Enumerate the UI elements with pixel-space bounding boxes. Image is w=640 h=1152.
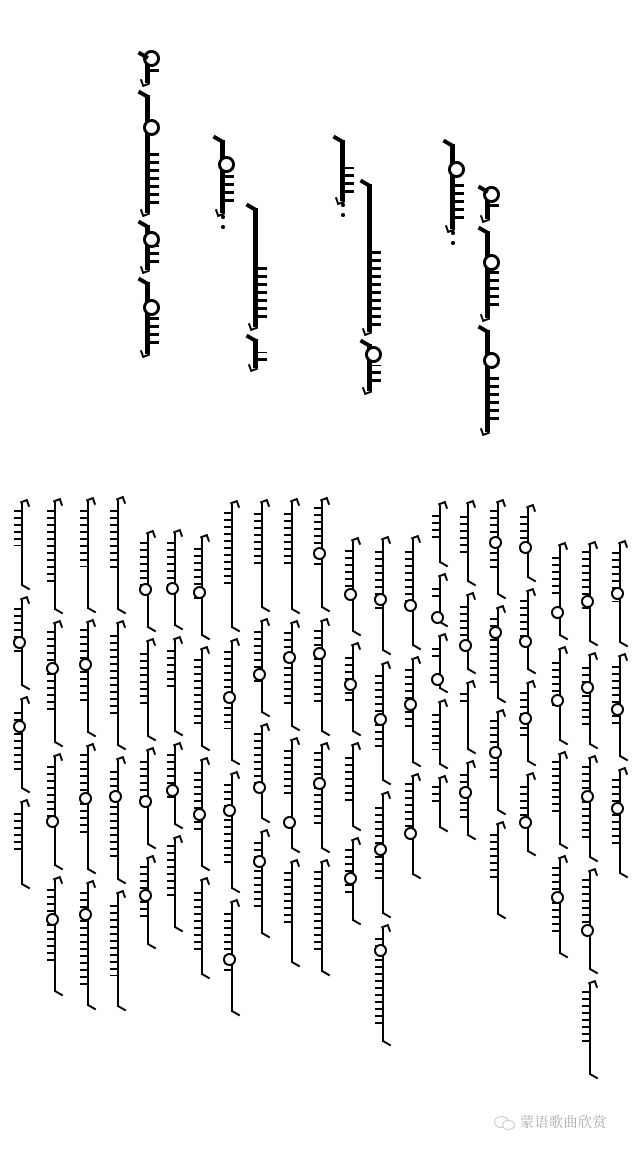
lyric-line-column: ᠳᠤᠤᠯᠠᠬᠤᠬᠡᠯᠡᠮᠢᠨᠢᠡᠬᠡ [311, 501, 333, 986]
mongolian-word: ᠬᠦᠶᠢᠳᠡᠨ [609, 544, 631, 643]
mongolian-word: ᠬᠡᠯᠡ [311, 622, 333, 732]
mongolian-word: ᠣᠷᠣᠭᠰᠠᠨ [164, 640, 186, 732]
mongolian-word: ᠮᠢᠨᠢ [221, 775, 243, 889]
mongolian-word: ᠳᠤ [457, 764, 479, 836]
mongolian-word: ᠰᠠᠨᠠᠭ᠎ᠠ [281, 863, 303, 963]
word-text: ᠤᠨ [487, 609, 509, 699]
word-text: ᠬᠠᠢᠷᠠ [517, 592, 539, 670]
word-text: ᠡᠭᠦᠯᠡ [402, 660, 424, 763]
mongolian-word: ᠬᠤᠪᠢᠰᠬᠠᠯ [457, 684, 479, 750]
title-column: ᠪᠢᠬᠠᠶᠢᠷᠯᠠᠨᠠ [358, 172, 382, 391]
word-text: ᠳᠤᠤᠯᠠᠬᠤ [221, 504, 243, 628]
word-text: ᠨᠢᠭᠡ [342, 746, 364, 827]
word-text: ᠠᠷᠠᠳ [517, 508, 539, 578]
title-column: ᠠᠷᠠᠳᠤᠨᠳᠠᠭᠤᠴᠢᠨᠤ [136, 44, 160, 354]
mongolian-word: ᠳᠤᠤᠯᠠᠬᠤ [311, 501, 333, 608]
mongolian-word: ᠡᠬᠡ [311, 863, 333, 972]
word-text: ᠤᠯᠠᠭᠠᠨ [137, 751, 159, 845]
mongolian-word: ᠬᠠᠶᠢᠷᠯᠠᠨᠠ [358, 184, 382, 332]
lyric-line-column: ᠬᠦᠶᠢᠳᠡᠨᠰᠣᠨᠢᠨᠰᠡᠭᠦᠯᠪᠣᠯ [549, 546, 571, 968]
mongolian-word: ᠬᠦᠶᠢᠳᠡᠨ [77, 501, 99, 609]
word-text: ᠰᠡᠳᠬᠢᠯ [372, 665, 394, 781]
word-text: ᠮᠣᠷᠢᠳᠠ [44, 757, 66, 866]
mongolian-word: ᠮᠢᠨᠢ [517, 776, 539, 852]
word-text: ᠪᠤᠯᠠᠭ [429, 637, 451, 689]
word-text: ᠬᠡᠯᠡᠨ [487, 713, 509, 811]
word-text: ᠬᠦᠶᠢᠳᠡᠨ [402, 539, 424, 646]
word-text: ᠮᠡᠳᠡᠬᠦ [372, 540, 394, 651]
mongolian-word: ᠬᠠᠢᠷᠠ [609, 657, 631, 757]
word-text: ᠪᠣᠯᠤᠭᠰᠠᠨ [402, 777, 424, 875]
mongolian-word: ᠳᠣᠷᠣᠭᠰᠢ [137, 534, 159, 628]
word-text: ᠦᠨ [429, 703, 451, 765]
mongolian-word: ᠬᠦᠶᠢᠳᠡᠨ [11, 503, 33, 586]
mongolian-word: ᠬᠦᠶᠢᠳᠡᠨ [402, 539, 424, 646]
mongolian-word: ᠪᠢ [358, 344, 382, 391]
lyric-line-column: ᠬᠣᠭᠤᠬᠣᠭᠤᠪᠤᠯᠠᠭᠦᠨᠤᠰᠤ [429, 505, 451, 842]
lyric-line-column: ᠬᠦᠶᠢᠳᠡᠨᠡᠭᠦᠯᠡᠪᠣᠯᠤᠭᠰᠠᠨ [402, 539, 424, 889]
mongolian-word: ᠮᠣᠩᠭᠣᠯ [251, 727, 273, 819]
mongolian-word: ᠬᠠᠢᠷ᠎ᠠ [191, 538, 213, 636]
mongolian-word: ᠦᠭᠡ [251, 833, 273, 934]
word-text: ᠤᠨ [11, 700, 33, 789]
mongolian-word: ᠮᠣᠷᠢᠳᠠ [44, 757, 66, 866]
mongolian-word: ᠳᠠᠭᠤᠤ [251, 622, 273, 713]
mongolian-word: ᠰᠣᠨᠢᠨ [11, 803, 33, 885]
word-text: ᠮᠢᠨᠢ [221, 775, 243, 889]
mongolian-word: ᠪᠠᠢᠭ᠎ᠠ [487, 825, 509, 915]
mongolian-word: ᠮᠡᠳᠡᠬᠦ [342, 541, 364, 632]
mongolian-word: ᠳᠠᠭᠤᠴᠢᠨ [136, 95, 160, 213]
word-text: ᠠᠶᠠᠯᠭᠤ [579, 872, 601, 970]
mongolian-word: ᠦᠨ [429, 703, 451, 765]
word-text: ᠪᠢ [281, 624, 303, 727]
watermark: 蒙语歌曲欣赏 [494, 1112, 607, 1132]
mongolian-word: ᠬᠠᠷᠠ [44, 880, 66, 992]
lyric-line-column: ᠬᠦᠶᠢᠳᠡᠨᠰᠠᠷ᠎ᠠᠤᠨᠰᠣᠨᠢᠨ [11, 503, 33, 899]
word-text: ᠰᠠᠷ᠎ᠠ [11, 600, 33, 686]
mongolian-word: ᠤᠨ [11, 700, 33, 789]
mongolian-word: ᠮᠢᠨᠦ [164, 746, 186, 825]
mongolian-word: ᠮᠢᠨᠢ [311, 746, 333, 849]
lyric-line-column: ᠮᠡᠳᠡᠬᠦᠵᠦᠷᠬᠡᠨᠢᠭᠡᠨᠠᠰᠤ [342, 541, 364, 935]
word-text: ᠪᠣᠯᠤᠨ᠎ᠠ [221, 903, 243, 1012]
mongolian-word: ᠪᠠᠢ [331, 140, 355, 201]
mongolian-word: ᠡᠭᠦᠯᠡ [402, 660, 424, 763]
word-text: ᠨᠠᠰᠤ [342, 841, 364, 921]
word-text: ᠤᠷᠤᠭ [609, 771, 631, 874]
mongolian-word: ᠠᠷᠠᠳ [136, 282, 160, 354]
word-text: ᠤᠰᠤ [107, 760, 129, 880]
mongolian-word: ᠠᠷᠠᠳ [487, 503, 509, 595]
mongolian-word: ᠪᠢ [281, 624, 303, 727]
word-text: ᠳᠤᠤᠯᠠᠬᠤ [251, 503, 273, 608]
word-text: ᠬᠠᠢᠷ᠎ᠠ [191, 538, 213, 636]
mongolian-word: ᠬᠠᠶᠢᠷᠯᠠᠨ᠎ᠠ [281, 741, 303, 849]
word-text: ᠬᠠᠶᠢᠷᠯᠠᠨᠠ [360, 184, 382, 332]
word-text: ᠳᠠᠭᠤᠤ [443, 144, 465, 229]
word-text: ᠬᠣᠭᠤ [213, 140, 235, 213]
mongolian-word: ᠬᠣᠭᠤ [429, 577, 451, 623]
title-column: ᠣᠬᠣᠯᠪᠣᠭᠠ [244, 196, 268, 368]
word-text: ᠬᠠᠶᠢᠷᠯᠠᠨ᠎ᠠ [281, 741, 303, 849]
mongolian-word: ᠬᠣᠭᠤ [429, 505, 451, 563]
mongolian-word: ᠬᠡᠯᠡᠨ [487, 713, 509, 811]
word-text: ᠳᠤᠤ [579, 656, 601, 745]
mongolian-word: ᠤ [136, 56, 160, 83]
mongolian-word: ᠬᠣᠭᠤ [211, 140, 235, 213]
mongolian-word: ᠳᠤᠤᠯᠠᠬᠤ [251, 503, 273, 608]
word-text: ᠬᠦᠶᠢᠳᠡᠨ [549, 546, 571, 636]
word-text: ᠪᠣᠯ [549, 859, 571, 954]
word-text: ᠦᠭᠡ [251, 833, 273, 934]
mongolian-word: ᠬᠣᠪᠢ [457, 504, 479, 582]
word-text: ᠰᠠᠷᠠᠯ [107, 624, 129, 746]
mongolian-word: ᠰᠠᠷᠠᠯ [107, 624, 129, 746]
word-text: ᠬᠦᠶᠢᠳᠡᠨ [11, 503, 33, 586]
mongolian-word: ᠳᠤᠤ [579, 656, 601, 745]
mongolian-word: ᠮᠡᠳᠡᠬᠦ [372, 540, 394, 651]
mongolian-word: ᠤᠨ [136, 225, 160, 270]
word-text: ᠡᠨᠡ [191, 881, 213, 975]
word-text: ᠮᠣᠩᠭᠣᠯ [251, 727, 273, 819]
word-text: ᠳᠠᠭᠤᠤ [251, 622, 273, 713]
word-text: ᠳᠤᠤᠯᠠᠬᠤ [311, 501, 333, 608]
mongolian-word: ᠨᠠᠭᠤᠷ [107, 894, 129, 1007]
mongolian-word: ᠤᠰᠤ [107, 760, 129, 880]
watermark-text: 蒙语歌曲欣赏 [520, 1112, 607, 1132]
word-text: ᠳᠤ [457, 764, 479, 836]
mongolian-word: ᠰᠡᠳᠬᠢᠯ [372, 665, 394, 781]
mongolian-word: ᠰᠣᠨᠢᠨ [549, 650, 571, 741]
colon-punctuation [341, 203, 345, 217]
word-text: ᠶᠢᠨ [579, 759, 601, 858]
lyric-line-column: ᠬᠠᠢᠷ᠎ᠠᠶᠢᠨᠰᠡᠳᠬᠢᠯᠡᠨᠡ [191, 538, 213, 989]
word-text: ᠣ [246, 339, 268, 368]
mongolian-word: ᠪᠤᠯᠠᠭ [429, 637, 451, 689]
word-text: ᠤᠨ [138, 225, 160, 270]
lyric-line-column: ᠳᠣᠷᠣᠭᠰᠢᠣᠷᠣᠭᠰᠠᠨᠮᠢᠨᠦᠪᠣᠳᠤᠯ [164, 533, 186, 942]
word-text: ᠪᠠᠢᠭ᠎ᠠ [487, 825, 509, 915]
mongolian-word: ᠪᠢ [77, 884, 99, 1006]
word-text: ᠬᠦᠶᠢᠳᠡᠨ [609, 544, 631, 643]
lyric-line-column: ᠮᠡᠳᠡᠬᠦᠰᠡᠳᠬᠢᠯᠬᠦᠰᠡᠯᠳᠤ [372, 540, 394, 1056]
word-text: ᠬᠦᠶᠢᠳᠡᠨ [77, 501, 99, 609]
word-text: ᠠᠷᠠᠳ [138, 282, 160, 354]
mongolian-word: ᠰᠡᠳᠬᠢᠯ [191, 761, 213, 867]
mongolian-word: ᠰᠠᠷ᠎ᠠ [11, 600, 33, 686]
word-text: ᠮᠢᠨᠢ [517, 776, 539, 852]
word-text: ᠲᠠᠢ [517, 684, 539, 762]
mongolian-word: ᠤᠰᠤ [429, 779, 451, 828]
mongolian-word: ᠪᠣᠯᠤᠭᠰᠠᠨ [402, 777, 424, 875]
mongolian-word: ᠠᠶᠠᠯᠭᠤ [579, 872, 601, 970]
word-text: ᠬᠦᠶᠢᠳᠡᠨ [107, 500, 129, 610]
title-column: ᠪᠠᠢ [331, 128, 355, 201]
mongolian-word: ᠰᠠᠶᠢᠨ [579, 984, 601, 1075]
word-text: ᠳᠤᠤᠯᠠᠬᠤ [281, 502, 303, 610]
document-page: ᠮᠣᠩᠭᠣᠯᠬᠡᠯᠡᠨᠦᠳᠠᠭᠤᠤᠪᠢᠬᠠᠶᠢᠷᠯᠠᠨᠠᠪᠠᠢᠣᠬᠣᠯᠪᠣᠭᠠᠬ… [0, 0, 640, 1152]
mongolian-word: ᠪᠣᠯᠤᠨ᠎ᠠ [221, 903, 243, 1012]
word-text: ᠬᠣᠭᠤ [429, 577, 451, 623]
mongolian-word: ᠪᠣᠯᠤᠨ [137, 642, 159, 737]
word-text: ᠰᠠᠶᠢᠨ [579, 984, 601, 1075]
word-text: ᠪᠤᠯᠤᠭ [77, 623, 99, 733]
word-text: ᠣᠷᠣᠭᠰᠠᠨ [164, 640, 186, 732]
word-text: ᠪᠢ [77, 884, 99, 1006]
mongolian-word: ᠶᠢᠨ [191, 650, 213, 747]
word-text: ᠳᠣᠭᠤᠯ [579, 545, 601, 642]
word-text: ᠤᠰᠤ [429, 779, 451, 828]
word-text: ᠪᠣᠳᠤᠯ [164, 839, 186, 928]
mongolian-word: ᠭᠠᠯ [137, 859, 159, 945]
word-text: ᠦ [478, 190, 500, 219]
word-text: ᠮᠢᠨᠦ [164, 746, 186, 825]
word-text: ᠬᠠᠷᠠ [44, 880, 66, 992]
mongolian-word: ᠳᠤᠤᠯᠠᠬᠤ [221, 504, 243, 628]
colon-punctuation [221, 215, 225, 229]
word-text: ᠰᠠᠷᠠᠯ [457, 596, 479, 670]
word-text: ᠪᠢ [360, 344, 382, 391]
word-text: ᠰᠣᠨᠢᠨ [549, 650, 571, 741]
mongolian-word: ᠠᠷᠠᠳ [517, 508, 539, 578]
colon-punctuation [451, 231, 455, 245]
mongolian-word: ᠬᠦᠶᠢᠳᠡᠨ [549, 546, 571, 636]
mongolian-word: ᠦᠳᠡᠰ [44, 502, 66, 610]
word-text: ᠲᠠᠯ᠎ᠠ [77, 747, 99, 870]
mongolian-word: ᠨᠢᠭᠡ [342, 746, 364, 827]
mongolian-word: ᠪᠣᠳᠤᠯ [164, 839, 186, 928]
word-text: ᠭᠠᠯ [137, 859, 159, 945]
lyric-line-column: ᠠᠷᠠᠳᠤᠨᠬᠡᠯᠡᠨᠪᠠᠢᠭ᠎ᠠ [487, 503, 509, 929]
mongolian-word: ᠵᠦᠷᠬᠡ [342, 646, 364, 732]
mongolian-word: ᠤᠷᠤᠭ [609, 771, 631, 874]
mongolian-word: ᠬᠡᠯᠡᠨ [476, 231, 500, 318]
word-text: ᠰᠣᠨᠢᠨ [11, 803, 33, 885]
word-text: ᠶᠢᠨ [191, 650, 213, 747]
lyric-line-column: ᠬᠣᠪᠢᠰᠠᠷᠠᠯᠬᠤᠪᠢᠰᠬᠠᠯᠳᠤ [457, 504, 479, 850]
word-text: ᠬᠣᠶᠠᠷ [44, 624, 66, 743]
word-text: ᠮᠣᠩᠭᠣᠯ [478, 330, 500, 432]
mongolian-word: ᠳᠣᠷᠣᠭᠰᠢ [164, 533, 186, 626]
mongolian-word: ᠡᠨᠡ [191, 881, 213, 975]
word-text: ᠳᠠᠭᠤᠤ [221, 642, 243, 761]
word-text: ᠠᠷᠠᠳ [487, 503, 509, 595]
lyric-line-column: ᠳᠣᠷᠣᠭᠰᠢᠪᠣᠯᠤᠨᠤᠯᠠᠭᠠᠨᠭᠠᠯ [137, 534, 159, 959]
mongolian-word: ᠳᠤ [372, 928, 394, 1042]
word-text: ᠳᠣᠷᠣᠭᠰᠢ [137, 534, 159, 628]
word-text: ᠨᠠᠭᠤᠷ [107, 894, 129, 1007]
word-text: ᠦᠳᠡᠰ [44, 502, 66, 610]
word-text: ᠬᠡᠯᠡ [311, 622, 333, 732]
word-text: ᠪᠠᠢ [333, 140, 355, 201]
word-text: ᠬᠦᠰᠡᠯ [372, 795, 394, 914]
title-column: ᠬᠣᠭᠤ [211, 128, 235, 213]
word-text: ᠬᠠᠢᠷᠠ [609, 657, 631, 757]
word-text: ᠬᠤᠪᠢᠰᠬᠠᠯ [457, 684, 479, 750]
mongolian-word: ᠦ [476, 190, 500, 219]
word-text: ᠵᠦᠷᠬᠡ [342, 646, 364, 732]
lyric-line-column: ᠳᠤᠤᠯᠠᠬᠤᠪᠢᠬᠠᠶᠢᠷᠯᠠᠨ᠎ᠠᠰᠠᠨᠠᠭ᠎ᠠ [281, 502, 303, 977]
lyric-line-column: ᠬᠦᠶᠢᠳᠡᠨᠪᠤᠯᠤᠭᠲᠠᠯ᠎ᠠᠪᠢ [77, 501, 99, 1020]
mongolian-word: ᠳᠣᠭᠤᠯ [579, 545, 601, 642]
title-column: ᠳᠠᠭᠤᠤ [441, 132, 465, 229]
lyric-line-column: ᠳᠤᠤᠯᠠᠬᠤᠳᠠᠭᠤᠤᠮᠣᠩᠭᠣᠯᠦᠭᠡ [251, 503, 273, 948]
lyric-line-column: ᠬᠦᠶᠢᠳᠡᠨᠰᠠᠷᠠᠯᠤᠰᠤᠨᠠᠭᠤᠷ [107, 500, 129, 1021]
lyric-line-column: ᠳᠣᠭᠤᠯᠳᠤᠤᠶᠢᠨᠠᠶᠠᠯᠭᠤᠰᠠᠶᠢᠨ [579, 545, 601, 1089]
mongolian-word: ᠬᠠᠢᠷᠠ [517, 592, 539, 670]
mongolian-word: ᠲᠠᠯ᠎ᠠ [77, 747, 99, 870]
lyric-line-column: ᠦᠳᠡᠰᠬᠣᠶᠠᠷᠮᠣᠷᠢᠳᠠᠬᠠᠷᠠ [44, 502, 66, 1006]
word-text: ᠳᠠᠭᠤᠴᠢᠨ [138, 95, 160, 213]
mongolian-word: ᠣ [244, 339, 268, 368]
mongolian-word: ᠮᠣᠩᠭᠣᠯ [476, 330, 500, 432]
mongolian-word: ᠨᠠᠰᠤ [342, 841, 364, 921]
wechat-icon [494, 1114, 516, 1130]
word-text: ᠳᠣᠷᠣᠭᠰᠢ [164, 533, 186, 626]
lyric-line-column: ᠬᠦᠶᠢᠳᠡᠨᠬᠠᠢᠷᠠᠤᠷᠤᠭ [609, 544, 631, 888]
mongolian-word: ᠬᠦᠶᠢᠳᠡᠨ [107, 500, 129, 610]
title-column: ᠮᠣᠩᠭᠣᠯᠬᠡᠯᠡᠨᠦ [476, 178, 500, 432]
word-text: ᠰᠡᠳᠬᠢᠯ [191, 761, 213, 867]
word-text: ᠤ [138, 56, 160, 83]
mongolian-word: ᠪᠣᠯ [549, 859, 571, 954]
mongolian-word: ᠤᠨ [487, 609, 509, 699]
word-text: ᠪᠣᠯᠤᠨ [137, 642, 159, 737]
lyric-line-column: ᠳᠤᠤᠯᠠᠬᠤᠳᠠᠭᠤᠤᠮᠢᠨᠢᠪᠣᠯᠤᠨ᠎ᠠ [221, 504, 243, 1026]
mongolian-word: ᠳᠠᠭᠤᠤ [221, 642, 243, 761]
mongolian-word: ᠶᠢᠨ [579, 759, 601, 858]
word-text: ᠳᠤ [372, 928, 394, 1042]
word-text: ᠬᠣᠯᠪᠣᠭᠠ [246, 208, 268, 327]
mongolian-word: ᠲᠠᠢ [517, 684, 539, 762]
word-text: ᠬᠣᠪᠢ [457, 504, 479, 582]
mongolian-word: ᠤᠯᠠᠭᠠᠨ [137, 751, 159, 845]
word-text: ᠮᠡᠳᠡᠬᠦ [342, 541, 364, 632]
word-text: ᠰᠡᠭᠦᠯ [549, 755, 571, 845]
word-text: ᠰᠠᠨᠠᠭ᠎ᠠ [281, 863, 303, 963]
mongolian-word: ᠰᠠᠷᠠᠯ [457, 596, 479, 670]
mongolian-word: ᠬᠦᠰᠡᠯ [372, 795, 394, 914]
word-text: ᠮᠢᠨᠢ [311, 746, 333, 849]
word-text: ᠡᠬᠡ [311, 863, 333, 972]
mongolian-word: ᠪᠤᠯᠤᠭ [77, 623, 99, 733]
word-text: ᠬᠡᠯᠡᠨ [478, 231, 500, 318]
mongolian-word: ᠬᠣᠶᠠᠷ [44, 624, 66, 743]
mongolian-word: ᠳᠤᠤᠯᠠᠬᠤ [281, 502, 303, 610]
word-text: ᠬᠣᠭᠤ [429, 505, 451, 563]
lyric-line-column: ᠠᠷᠠᠳᠬᠠᠢᠷᠠᠲᠠᠢᠮᠢᠨᠢ [517, 508, 539, 866]
mongolian-word: ᠬᠣᠯᠪᠣᠭᠠ [244, 208, 268, 327]
mongolian-word: ᠳᠠᠭᠤᠤ [441, 144, 465, 229]
mongolian-word: ᠰᠡᠭᠦᠯ [549, 755, 571, 845]
